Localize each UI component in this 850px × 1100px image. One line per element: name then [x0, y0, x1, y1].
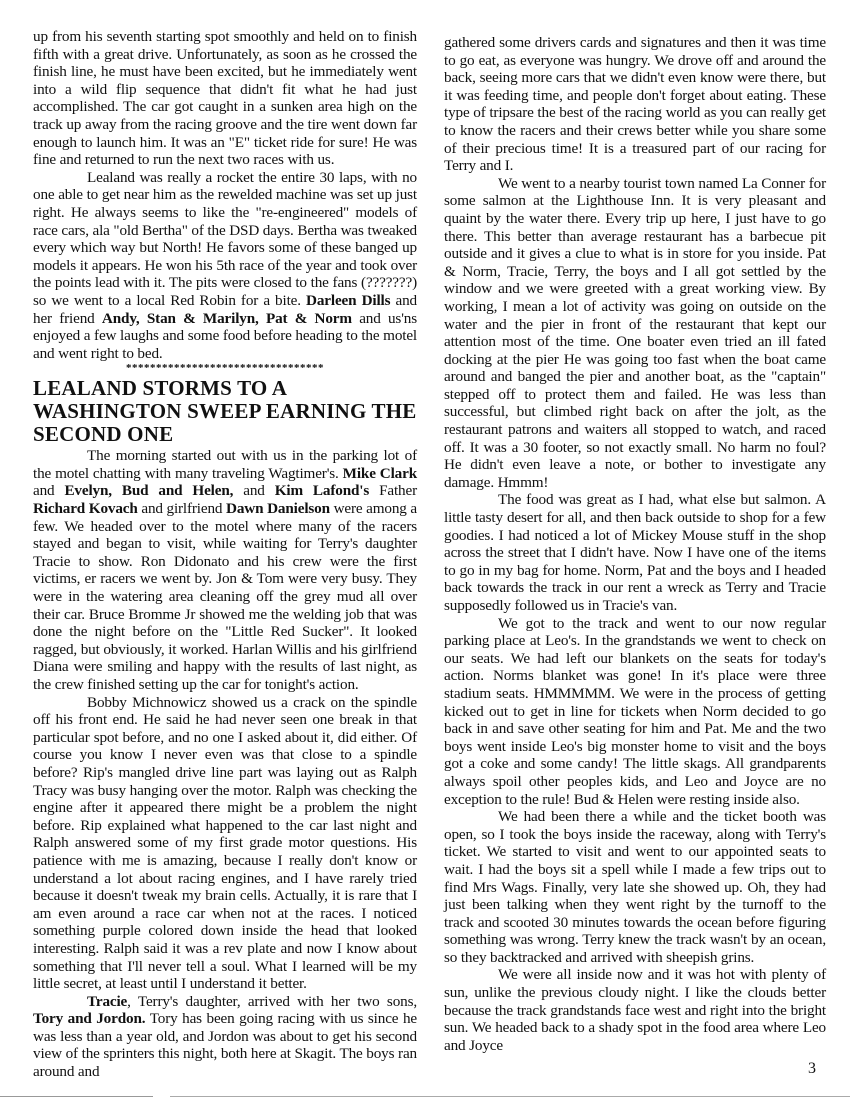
document-page: up from his seventh starting spot smooth…	[0, 0, 850, 1100]
page-number: 3	[808, 1060, 816, 1078]
bold-name: Mike Clark	[343, 465, 417, 482]
bold-name: Dawn Danielson	[226, 500, 330, 517]
bold-name: Richard Kovach	[33, 500, 138, 517]
bold-name: Andy, Stan & Marilyn, Pat & Norm	[102, 310, 352, 327]
paragraph: Tracie, Terry's daughter, arrived with h…	[33, 993, 417, 1081]
paragraph: The food was great as I had, what else b…	[444, 491, 826, 614]
bold-name: Kim Lafond's	[275, 482, 369, 499]
paragraph: We got to the track and went to our now …	[444, 615, 826, 809]
bold-name: Evelyn, Bud and Helen,	[64, 482, 233, 499]
paragraph: up from his seventh starting spot smooth…	[33, 28, 417, 169]
paragraph: The morning started out with us in the p…	[33, 447, 417, 693]
page-bottom-edge	[0, 1096, 850, 1097]
article-headline: LEALAND STORMS TO A WASHINGTON SWEEP EAR…	[33, 377, 417, 446]
right-column: gathered some drivers cards and signatur…	[444, 34, 826, 1054]
bold-name: Tracie	[87, 993, 127, 1010]
paragraph: gathered some drivers cards and signatur…	[444, 34, 826, 175]
paragraph: We went to a nearby tourist town named L…	[444, 175, 826, 492]
paragraph: We were all inside now and it was hot wi…	[444, 966, 826, 1054]
section-separator: *********************************	[33, 362, 417, 374]
paragraph: We had been there a while and the ticket…	[444, 808, 826, 966]
paragraph: Lealand was really a rocket the entire 3…	[33, 169, 417, 363]
paragraph: Bobby Michnowicz showed us a crack on th…	[33, 694, 417, 993]
bold-name: Tory and Jordon.	[33, 1010, 145, 1027]
left-column: up from his seventh starting spot smooth…	[33, 28, 417, 1081]
bold-name: Darleen Dills	[306, 292, 390, 309]
